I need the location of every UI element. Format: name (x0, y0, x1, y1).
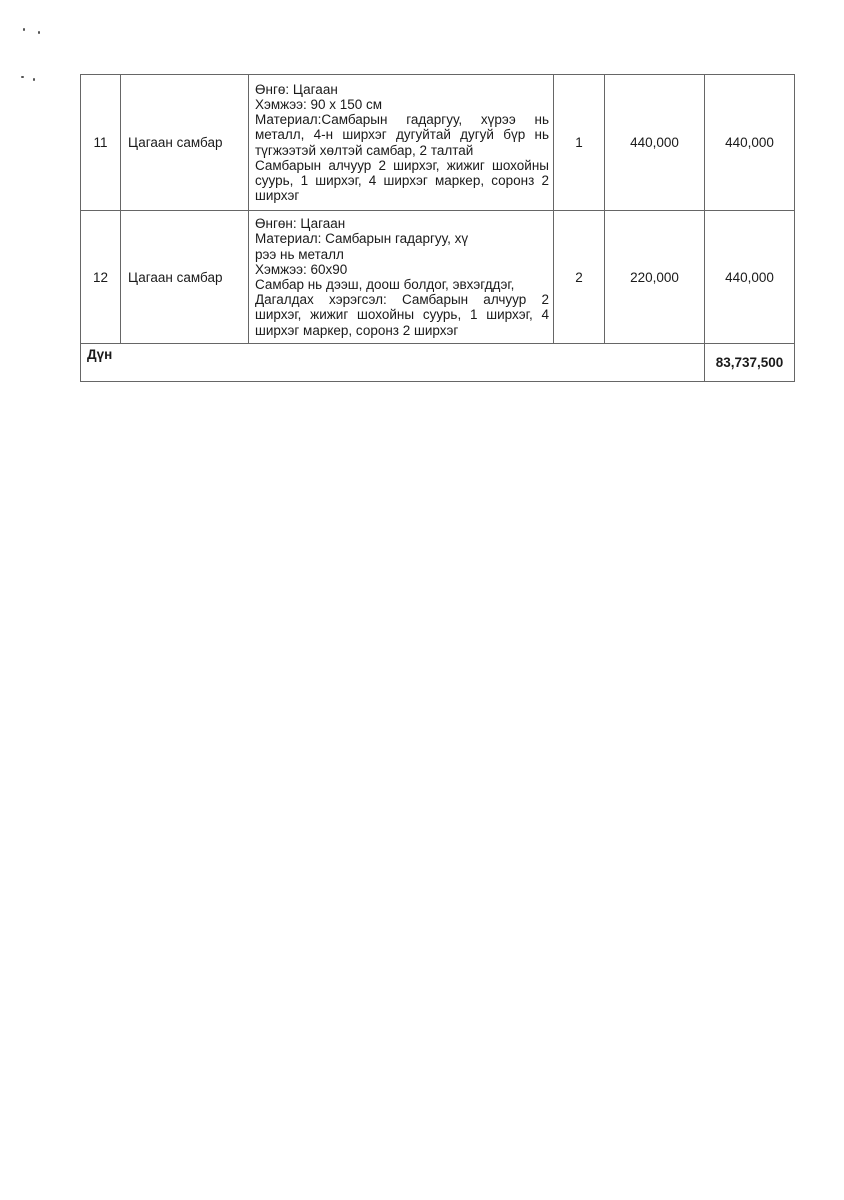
item-unit-price: 440,000 (605, 75, 705, 211)
description-line: Өнгө: Цагаан (255, 82, 549, 97)
scan-speck (33, 78, 35, 81)
description-line: Материал:Самбарын гадаргуу, хүрээ нь мет… (255, 112, 549, 158)
item-unit-price: 220,000 (605, 211, 705, 344)
sum-row: Дүн 83,737,500 (81, 344, 795, 382)
item-name: Цагаан самбар (121, 75, 249, 211)
sum-total: 83,737,500 (705, 344, 795, 382)
item-total: 440,000 (705, 211, 795, 344)
description-line: Дагалдах хэрэгсэл: Самбарын алчуур 2 шир… (255, 292, 549, 338)
row-number: 11 (81, 75, 121, 211)
item-description: Өнгөн: Цагаан Материал: Самбарын гадаргу… (249, 211, 554, 344)
description-line: Самбарын алчуур 2 ширхэг, жижиг шохойны … (255, 158, 549, 204)
description-line: Хэмжээ: 60x90 (255, 262, 549, 277)
table-row: 12 Цагаан самбар Өнгөн: Цагаан Материал:… (81, 211, 795, 344)
scan-speck (38, 31, 40, 34)
item-quantity: 1 (554, 75, 605, 211)
description-line: Хэмжээ: 90 x 150 см (255, 97, 549, 112)
item-name: Цагаан самбар (121, 211, 249, 344)
scan-speck (21, 76, 24, 78)
scan-speck (23, 28, 25, 31)
items-table: 11 Цагаан самбар Өнгө: Цагаан Хэмжээ: 90… (80, 74, 795, 382)
item-description: Өнгө: Цагаан Хэмжээ: 90 x 150 см Материа… (249, 75, 554, 211)
item-total: 440,000 (705, 75, 795, 211)
table-row: 11 Цагаан самбар Өнгө: Цагаан Хэмжээ: 90… (81, 75, 795, 211)
row-number: 12 (81, 211, 121, 344)
description-line: Материал: Самбарын гадаргуу, хү (255, 231, 549, 246)
sum-label: Дүн (81, 344, 705, 382)
description-line: Самбар нь дээш, доош болдог, эвхэгддэг, (255, 277, 549, 292)
description-line: рээ нь металл (255, 247, 549, 262)
description-line: Өнгөн: Цагаан (255, 216, 549, 231)
item-quantity: 2 (554, 211, 605, 344)
